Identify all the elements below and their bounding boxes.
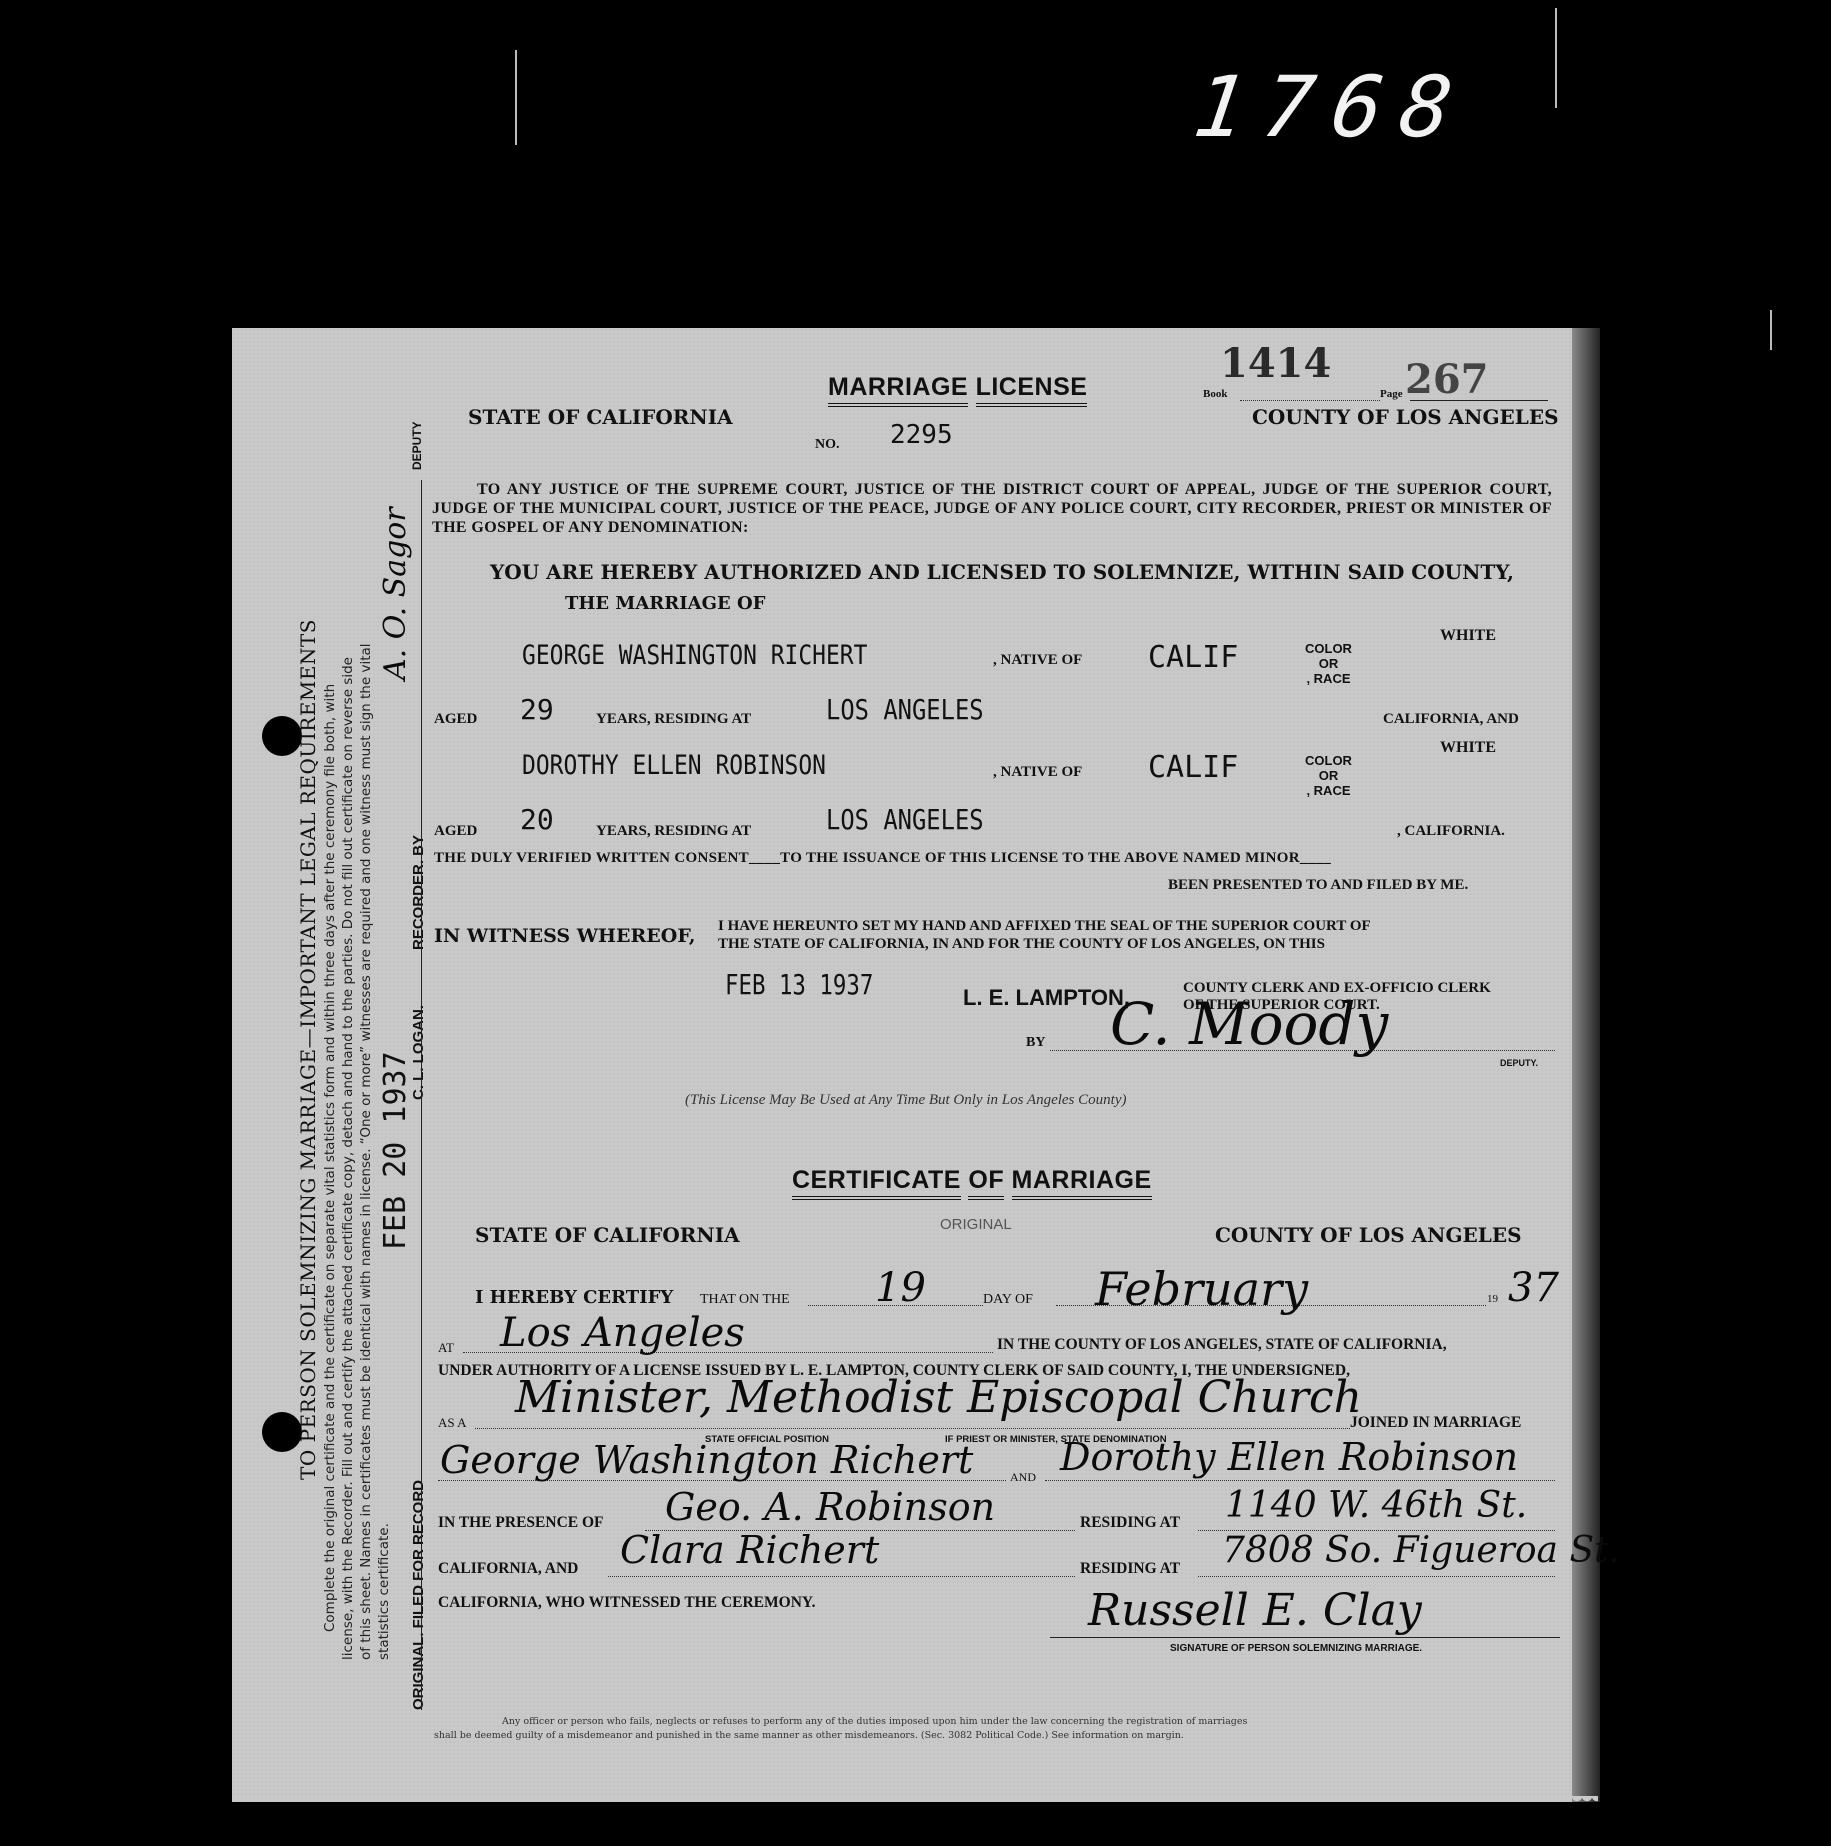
certificate-title: CERTIFICATE OF MARRIAGE	[792, 1166, 1152, 1195]
perforated-edge	[232, 1796, 1598, 1806]
witness1-address: 1140 W. 46th St.	[1225, 1485, 1527, 1526]
witness-text-line-1: I HAVE HEREUNTO SET MY HAND AND AFFIXED …	[718, 918, 1371, 935]
certificate-title-word-2: OF	[968, 1166, 1004, 1200]
authorized-line: YOU ARE HEREBY AUTHORIZED AND LICENSED T…	[490, 560, 1514, 584]
margin-heading: TO PERSON SOLEMNIZING MARRIAGE—IMPORTANT…	[296, 619, 320, 1480]
certify-label: I HEREBY CERTIFY	[475, 1287, 673, 1308]
groom-residence-suffix: CALIFORNIA, AND	[1383, 711, 1519, 728]
license-county: COUNTY OF LOS ANGELES	[1252, 405, 1559, 429]
frame-number: 1768	[1188, 58, 1476, 156]
marriage-place: Los Angeles	[500, 1310, 745, 1356]
deputy-signature: C. Moody	[1110, 990, 1388, 1058]
margin-filed-rule	[421, 480, 422, 1710]
book-number: 1414	[1220, 340, 1331, 387]
margin-note-line-2: license, with the Recorder. Fill out and…	[340, 657, 356, 1660]
california-and-label: CALIFORNIA, AND	[438, 1560, 578, 1578]
margin-note-line-3: of this sheet. Names in certificates mus…	[358, 643, 374, 1660]
paper-edge-shadow	[1572, 328, 1600, 1802]
consent-line-2: BEEN PRESENTED TO AND FILED BY ME.	[1168, 877, 1468, 894]
license-address-text: TO ANY JUSTICE OF THE SUPREME COURT, JUS…	[432, 480, 1552, 537]
license-issue-date: FEB 13 1937	[725, 968, 873, 1001]
deputy-label: DEPUTY.	[1500, 1058, 1538, 1068]
marriage-record-sheet	[232, 328, 1598, 1802]
groom-aged-label: AGED	[434, 711, 477, 728]
page-number: 267	[1405, 356, 1489, 403]
groom-signature-name: George Washington Richert	[440, 1438, 973, 1482]
witness2-address-line	[1198, 1576, 1555, 1577]
bride-race: WHITE	[1440, 739, 1496, 757]
marriage-year: 37	[1508, 1265, 1559, 1311]
bride-age: 20	[520, 803, 554, 836]
bride-residing-label: YEARS, RESIDING AT	[596, 823, 751, 840]
film-edge-mark-far-right	[1770, 310, 1772, 350]
that-on-label: THAT ON THE	[700, 1292, 790, 1308]
license-title-word-1: MARRIAGE	[828, 373, 968, 407]
official-position: Minister, Methodist Episcopal Church	[515, 1372, 1362, 1423]
filed-for-record-label: ORIGINAL. FILED FOR RECORD	[410, 1480, 427, 1710]
consent-line: THE DULY VERIFIED WRITTEN CONSENT____TO …	[434, 850, 1331, 867]
license-number: 2295	[890, 420, 953, 450]
witness2-residing-label: RESIDING AT	[1080, 1560, 1180, 1578]
groom-name: GEORGE WASHINGTON RICHERT	[522, 640, 867, 671]
officiant-signature-line	[1050, 1637, 1560, 1638]
witnessed-ceremony-label: CALIFORNIA, WHO WITNESSED THE CEREMONY.	[438, 1594, 816, 1612]
bride-native-label: , NATIVE OF	[993, 764, 1082, 781]
groom-residence: LOS ANGELES	[826, 693, 984, 726]
bride-native-of: CALIF	[1148, 750, 1238, 785]
license-title: MARRIAGE LICENSE	[828, 373, 1087, 402]
film-edge-mark-left	[515, 50, 517, 145]
margin-note-line-4: statistics certificate.	[376, 1523, 392, 1660]
bride-residence-suffix: , CALIFORNIA.	[1397, 823, 1505, 840]
bride-residence: LOS ANGELES	[826, 803, 984, 836]
witness1-name: Geo. A. Robinson	[665, 1485, 995, 1529]
bride-aged-label: AGED	[434, 823, 477, 840]
bride-signature-name: Dorothy Ellen Robinson	[1060, 1435, 1518, 1479]
witness-whereof-label: IN WITNESS WHEREOF,	[434, 925, 696, 947]
certificate-title-word-3: MARRIAGE	[1012, 1166, 1152, 1200]
witness1-residing-label: RESIDING AT	[1080, 1514, 1180, 1532]
by-label: BY	[1026, 1035, 1045, 1051]
position-line	[475, 1428, 1350, 1429]
and-label: AND	[1010, 1470, 1036, 1485]
witness2-address: 7808 So. Figueroa St.	[1222, 1530, 1620, 1571]
certificate-title-word-1: CERTIFICATE	[792, 1166, 961, 1200]
certificate-state: STATE OF CALIFORNIA	[475, 1223, 740, 1247]
bride-name: DOROTHY ELLEN ROBINSON	[522, 750, 826, 781]
groom-native-label: , NATIVE OF	[993, 652, 1082, 669]
marriage-month: February	[1095, 1262, 1308, 1316]
recorder-deputy-label: DEPUTY	[410, 421, 424, 470]
footnote-line-2: shall be deemed guilty of a misdemeanor …	[434, 1730, 1184, 1741]
recorder-deputy-signature: A. O. Sagor	[378, 507, 413, 680]
marriage-day: 19	[875, 1265, 926, 1311]
bride-color-race-label: COLOROR, RACE	[1305, 753, 1352, 798]
book-label: Book	[1203, 388, 1227, 400]
license-title-word-2: LICENSE	[976, 373, 1088, 407]
groom-residing-label: YEARS, RESIDING AT	[596, 711, 751, 728]
county-state-text: IN THE COUNTY OF LOS ANGELES, STATE OF C…	[997, 1336, 1447, 1354]
year-prefix: 19	[1487, 1293, 1498, 1305]
signature-caption: SIGNATURE OF PERSON SOLEMNIZING MARRIAGE…	[1170, 1643, 1422, 1654]
officiant-signature: Russell E. Clay	[1088, 1585, 1422, 1636]
joined-in-marriage-label: JOINED IN MARRIAGE	[1350, 1414, 1521, 1432]
groom-age: 29	[520, 693, 554, 726]
as-a-label: AS A	[438, 1415, 467, 1431]
certificate-county: COUNTY OF LOS ANGELES	[1215, 1223, 1522, 1247]
witness-text-line-2: THE STATE OF CALIFORNIA, IN AND FOR THE …	[718, 936, 1325, 953]
page-label: Page	[1380, 388, 1403, 400]
license-usage-note: (This License May Be Used at Any Time Bu…	[685, 1092, 1126, 1109]
at-label: AT	[438, 1340, 454, 1356]
groom-native-of: CALIF	[1148, 640, 1238, 675]
margin-note-line-1: Complete the original certificate and th…	[322, 684, 338, 1632]
presence-label: IN THE PRESENCE OF	[438, 1514, 604, 1532]
groom-race: WHITE	[1440, 627, 1496, 645]
license-no-label: NO.	[815, 437, 840, 453]
page-line	[1410, 400, 1548, 401]
marriage-of-label: THE MARRIAGE OF	[565, 593, 765, 614]
recorder-label: RECORDER. BY	[410, 835, 427, 950]
day-of-label: DAY OF	[983, 1292, 1033, 1308]
original-label: ORIGINAL	[940, 1216, 1012, 1233]
film-edge-mark-right	[1555, 8, 1557, 108]
witness2-line	[608, 1576, 1075, 1577]
witness2-name: Clara Richert	[620, 1528, 879, 1572]
groom-color-race-label: COLOROR, RACE	[1305, 641, 1352, 686]
license-state: STATE OF CALIFORNIA	[468, 405, 733, 429]
filed-date-stamp: FEB 20 1937	[378, 1051, 413, 1250]
book-line	[1240, 400, 1380, 401]
recorder-name: C. L. LOGAN.	[410, 1005, 427, 1100]
clerk-name: L. E. LAMPTON,	[963, 985, 1130, 1011]
bride-name-line	[1045, 1480, 1555, 1481]
footnote-line-1: Any officer or person who fails, neglect…	[502, 1716, 1247, 1727]
